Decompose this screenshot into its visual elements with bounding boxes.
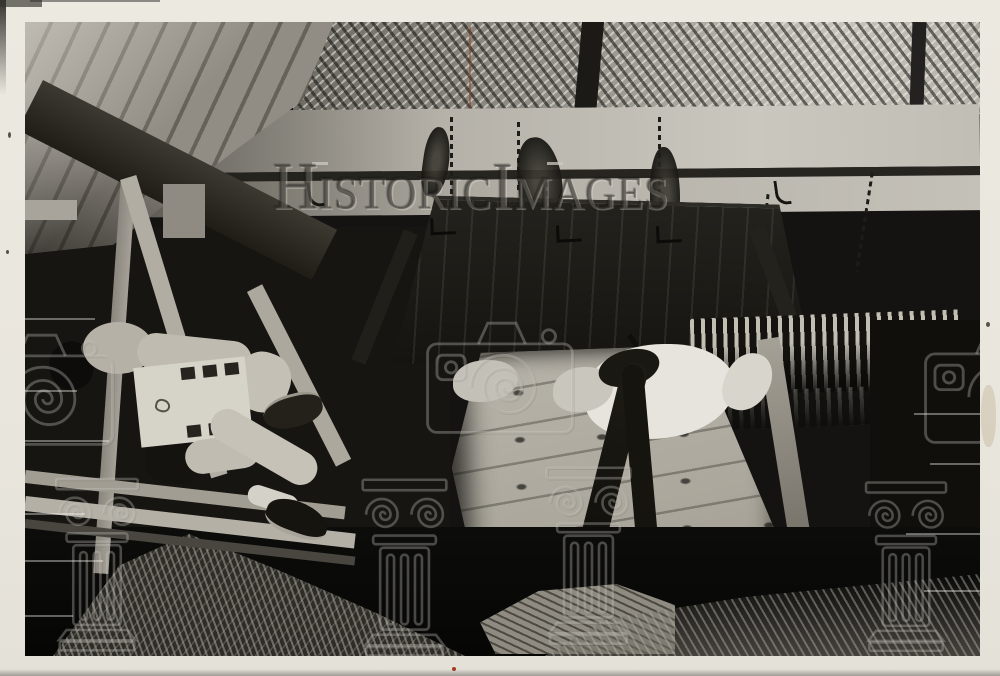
watermark-line <box>25 318 95 320</box>
photo-print: HistoricImages <box>0 0 1000 676</box>
scaffold-block <box>163 184 205 238</box>
column-icon <box>851 470 961 656</box>
photograph: HistoricImages <box>25 22 980 656</box>
column-icon <box>41 468 153 656</box>
watermark-line <box>914 413 980 415</box>
watermark-line <box>25 560 103 562</box>
paper-speck <box>986 322 990 327</box>
panel-buttons-top <box>180 362 239 380</box>
gate-bracket <box>656 225 682 243</box>
panel-button <box>202 364 217 377</box>
watermark-line <box>25 440 109 442</box>
camera-icon <box>420 308 580 440</box>
camera-icon <box>918 318 980 450</box>
panel-mark <box>154 398 172 414</box>
camera-icon <box>25 320 120 452</box>
gate-bracket <box>556 224 582 242</box>
watermark-line <box>25 513 85 515</box>
paper-dust <box>452 667 456 671</box>
column-icon <box>347 470 462 656</box>
paper-edge-shadow <box>0 669 1000 676</box>
watermark-line <box>25 390 77 392</box>
scaffold-rail <box>25 200 77 220</box>
paper-speck <box>6 250 9 254</box>
watermark-line <box>25 615 73 617</box>
column-icon <box>531 458 646 650</box>
panel-button <box>180 367 195 380</box>
turbulent-water-top <box>293 22 980 114</box>
watermark-line <box>930 463 980 465</box>
panel-button <box>224 362 239 375</box>
watermark-line <box>906 533 980 535</box>
paper-speck <box>8 132 11 138</box>
panel-button <box>186 424 201 437</box>
water-post <box>910 22 927 108</box>
watermark-line <box>924 590 980 592</box>
watermark-text: HistoricImages <box>273 149 669 226</box>
paper-edge-mark <box>0 0 6 95</box>
paper-edge-mark <box>30 0 160 2</box>
paper-smudge <box>981 385 996 447</box>
film-scratch <box>469 26 471 108</box>
